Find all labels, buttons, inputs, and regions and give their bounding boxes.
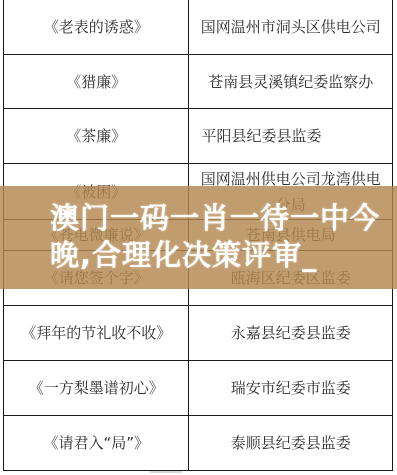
organization-cell: 平阳县纪委县监委 xyxy=(189,109,393,164)
table-row: 《拜年的节礼收不收》 永嘉县纪委县监委 xyxy=(4,306,393,361)
table-row: 《请君入“局”》 泰顺县纪委县监委 xyxy=(4,416,393,471)
table-row: 《老表的诱惑》 国网温州市洞头区供电公司 xyxy=(4,0,393,55)
organization-cell: 永嘉县纪委县监委 xyxy=(189,306,393,361)
divider xyxy=(150,471,182,473)
table-row: 《一方梨墨谱初心》 瑞安市纪委市监委 xyxy=(4,361,393,416)
headline-banner: 澳门一码一肖一待一中今晚,合理化决策评审_ xyxy=(0,186,397,289)
organization-cell: 瑞安市纪委市监委 xyxy=(189,361,393,416)
work-title-cell: 《猎廉》 xyxy=(4,55,189,109)
work-title-cell: 《老表的诱惑》 xyxy=(4,0,189,55)
table-row: 《猎廉》 苍南县灵溪镇纪委监察办 xyxy=(4,55,393,109)
work-title-cell: 《请君入“局”》 xyxy=(4,416,189,471)
table-row: 《茶廉》 平阳县纪委县监委 xyxy=(4,109,393,164)
organization-cell: 泰顺县纪委县监委 xyxy=(189,416,393,471)
organization-cell: 苍南县灵溪镇纪委监察办 xyxy=(189,55,393,109)
work-title-cell: 《拜年的节礼收不收》 xyxy=(4,306,189,361)
headline-text: 澳门一码一肖一待一中今晚,合理化决策评审_ xyxy=(50,200,380,274)
work-title-cell: 《一方梨墨谱初心》 xyxy=(4,361,189,416)
organization-cell: 国网温州市洞头区供电公司 xyxy=(189,0,393,55)
work-title-cell: 《茶廉》 xyxy=(4,109,189,164)
